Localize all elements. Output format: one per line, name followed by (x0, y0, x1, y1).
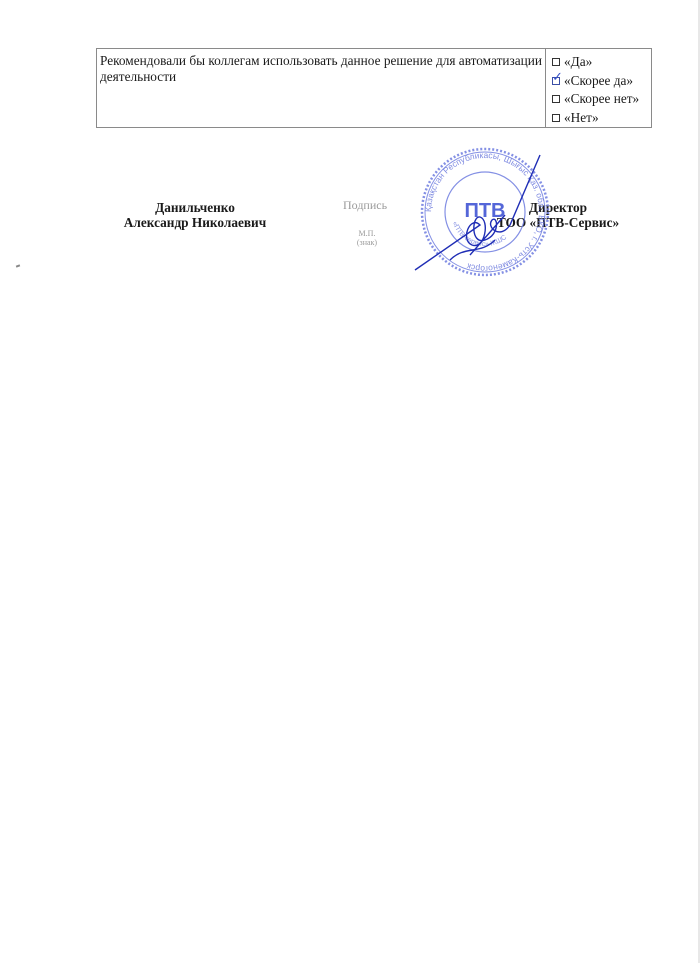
option-no[interactable]: «Нет» (552, 109, 651, 128)
option-yes[interactable]: «Да» (552, 53, 651, 72)
options-cell: «Да» «Скорее да» «Скорее нет» «Нет» (546, 49, 651, 127)
option-rather-no[interactable]: «Скорее нет» (552, 90, 651, 109)
signer-surname: Данильченко (110, 200, 280, 215)
seal-place-label: М.П. (знак) (345, 229, 389, 247)
checkbox-icon[interactable] (552, 58, 560, 66)
option-label: «Скорее да» (564, 72, 633, 91)
option-label: «Да» (564, 53, 592, 72)
mp-text: М.П. (345, 229, 389, 238)
signer-name: Данильченко Александр Николаевич (110, 200, 280, 230)
signature-label: Подпись (343, 198, 387, 213)
option-label: «Нет» (564, 109, 599, 128)
company-stamp-icon: Қазақстан Республикасы, Шығыс Қаз. обл.,… (410, 145, 560, 280)
checkbox-checked-icon[interactable] (552, 77, 560, 85)
option-label: «Скорее нет» (564, 90, 639, 109)
mp-subtext: (знак) (345, 238, 389, 247)
question-cell: Рекомендовали бы коллегам использовать д… (97, 49, 546, 127)
checkbox-icon[interactable] (552, 95, 560, 103)
page (0, 0, 700, 963)
svg-text:ПТВ: ПТВ (464, 200, 505, 222)
checkbox-icon[interactable] (552, 114, 560, 122)
survey-table: Рекомендовали бы коллегам использовать д… (96, 48, 652, 128)
signer-given-names: Александр Николаевич (110, 215, 280, 230)
option-rather-yes[interactable]: «Скорее да» (552, 72, 651, 91)
